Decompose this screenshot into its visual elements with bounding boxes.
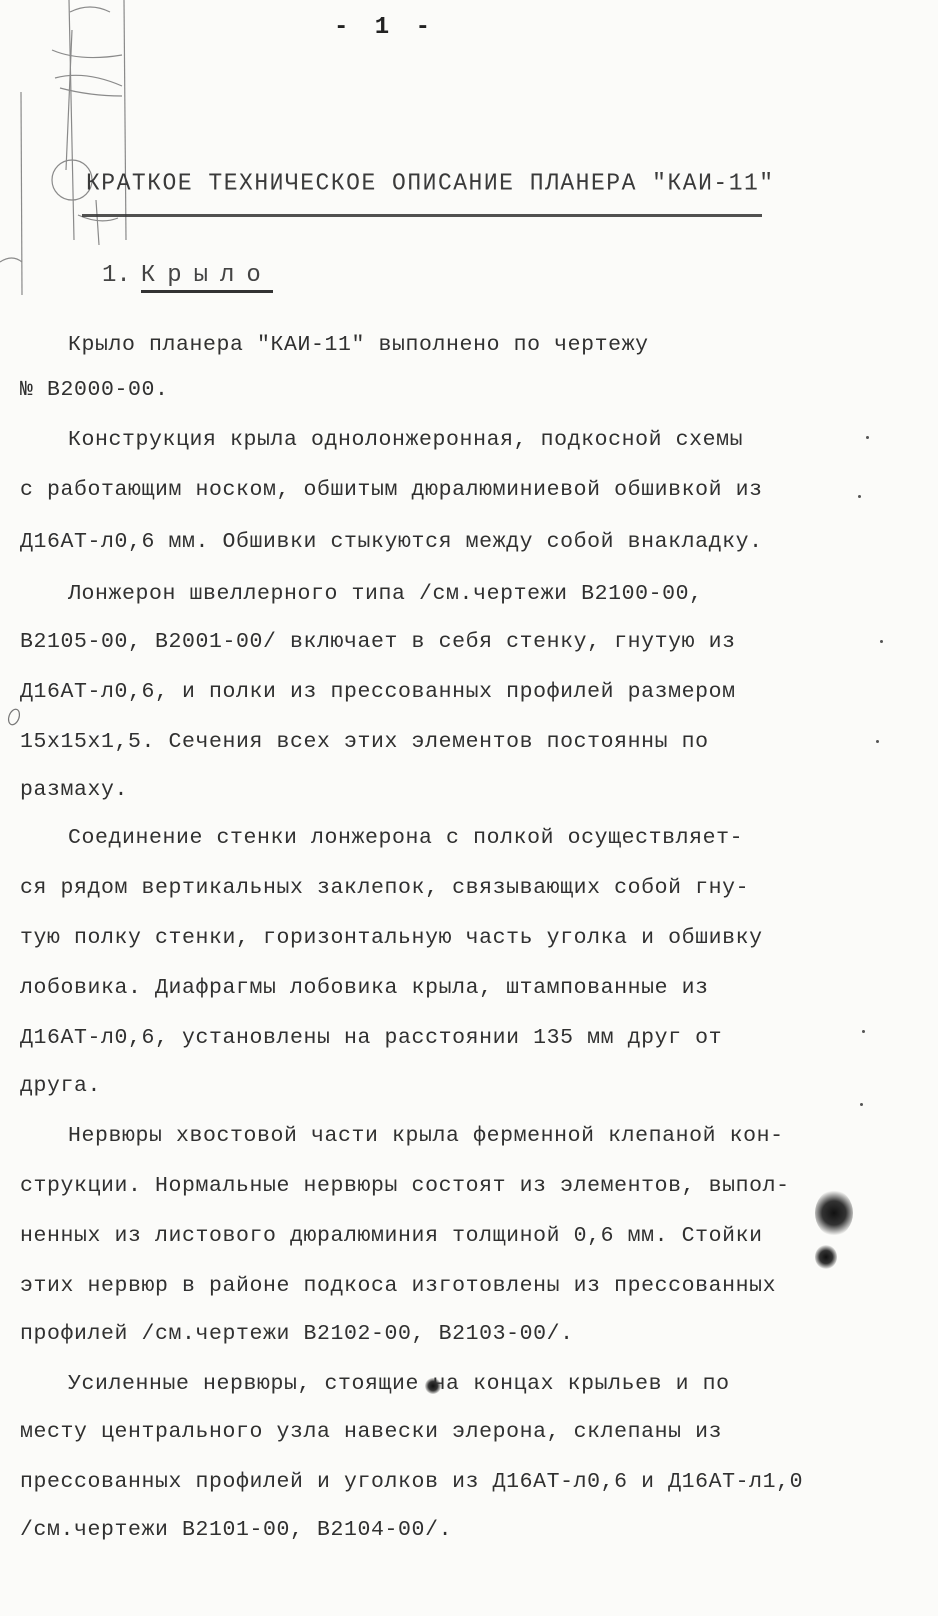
- text-line: Лонжерон швеллерного типа /см.чертежи В2…: [68, 582, 703, 606]
- document-title: КРАТКОЕ ТЕХНИЧЕСКОЕ ОПИСАНИЕ ПЛАНЕРА "КА…: [86, 169, 775, 196]
- text-line: тую полку стенки, горизонтальную часть у…: [20, 926, 763, 950]
- text-line: профилей /см.чертежи В2102-00, В2103-00/…: [20, 1322, 574, 1346]
- text-line: прессованных профилей и уголков из Д16АТ…: [20, 1470, 803, 1494]
- text-line: Д16АТ-л0,6, и полки из прессованных проф…: [20, 680, 736, 704]
- text-line: размаху.: [20, 778, 128, 802]
- text-line: В2105-00, В2001-00/ включает в себя стен…: [20, 630, 736, 654]
- text-line: /см.чертежи В2101-00, В2104-00/.: [20, 1518, 452, 1542]
- section-heading: 1.Крыло: [102, 262, 273, 289]
- text-line: ся рядом вертикальных заклепок, связываю…: [20, 876, 749, 900]
- text-line: с работающим носком, обшитым дюралюминие…: [20, 478, 763, 502]
- ink-speck: [858, 495, 861, 498]
- text-line: Конструкция крыла однолонжеронная, подко…: [68, 428, 743, 452]
- text-line: Д16АТ-л0,6 мм. Обшивки стыкуются между с…: [20, 530, 763, 554]
- text-line: струкции. Нормальные нервюры состоят из …: [20, 1174, 790, 1198]
- text-line: Нервюры хвостовой части крыла ферменной …: [68, 1124, 784, 1148]
- page-number: - 1 -: [334, 14, 436, 41]
- document-page: - 1 - КРАТКОЕ ТЕХНИЧЕСКОЕ ОПИСАНИЕ ПЛАНЕ…: [0, 0, 938, 1616]
- ink-speck: [425, 1378, 441, 1394]
- ink-speck: [862, 1030, 865, 1033]
- title-underline: [82, 214, 762, 217]
- text-line: Усиленные нервюры, стоящие на концах кры…: [68, 1372, 730, 1396]
- ink-speck: [880, 640, 883, 643]
- ink-blot: [815, 1190, 853, 1236]
- text-line: Соединение стенки лонжерона с полкой осу…: [68, 826, 743, 850]
- text-line: друга.: [20, 1074, 101, 1098]
- text-line: ненных из листового дюралюминия толщиной…: [20, 1224, 763, 1248]
- section-number: 1.: [102, 262, 131, 289]
- section-title: Крыло: [141, 262, 273, 293]
- text-line: этих нервюр в районе подкоса изготовлены…: [20, 1274, 776, 1298]
- text-line: № В2000-00.: [20, 378, 169, 402]
- text-line: 15х15х1,5. Сечения всех этих элементов п…: [20, 730, 709, 754]
- text-line: Крыло планера "КАИ-11" выполнено по черт…: [68, 333, 649, 357]
- text-line: Д16АТ-л0,6, установлены на расстоянии 13…: [20, 1026, 722, 1050]
- ink-speck: [860, 1103, 863, 1106]
- ink-speck: [876, 740, 879, 743]
- text-line: месту центрального узла навески элерона,…: [20, 1420, 722, 1444]
- ink-speck: [866, 436, 869, 439]
- ink-blot: [815, 1245, 837, 1269]
- text-line: лобовика. Диафрагмы лобовика крыла, штам…: [20, 976, 709, 1000]
